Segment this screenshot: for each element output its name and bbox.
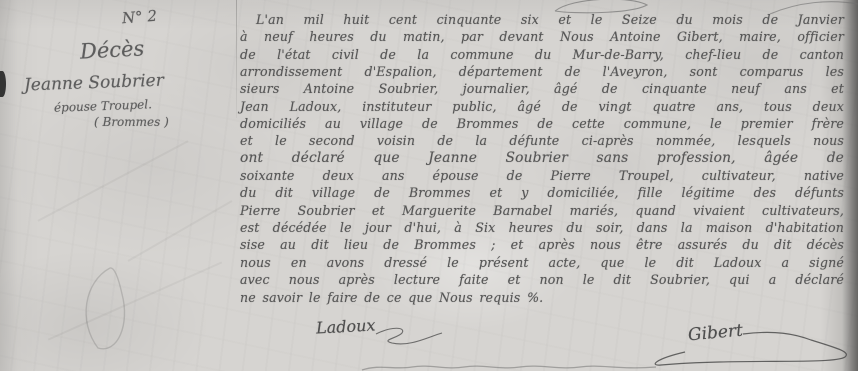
pencil-streak	[48, 261, 222, 340]
manuscript-line: sieurs Antoine Soubrier, journalier, âgé…	[240, 80, 844, 97]
spouse-note: épouse Troupel.	[54, 97, 152, 114]
manuscript-line: Pierre Soubrier et Marguerite Barnabel m…	[240, 202, 844, 219]
signature-gibert: Gibert	[687, 321, 743, 346]
ladoux-signature-flourish	[372, 322, 444, 348]
manuscript-line: nous en avons dressé le présent acte, qu…	[240, 254, 844, 271]
act-number: N° 2	[121, 7, 157, 27]
pencil-streak	[128, 200, 233, 262]
cutoff-next-act-line	[360, 363, 660, 371]
manuscript-line: Jean Ladoux, instituteur public, âgé de …	[240, 98, 844, 115]
signature-ladoux: Ladoux	[316, 315, 376, 337]
manuscript-line: domiciliés au village de Brommes de cett…	[240, 115, 844, 132]
scan-edge-ink-blot	[0, 71, 6, 97]
manuscript-line: à neuf heures du matin, par devant Nous …	[240, 28, 844, 45]
pencil-streak	[37, 140, 188, 222]
act-type-label: Décès	[79, 36, 144, 63]
manuscript-line: avec nous après lecture faite et non le …	[240, 271, 844, 288]
act-body-text: L'an mil huit cent cinquante six et le S…	[240, 11, 844, 306]
manuscript-line: ne savoir le faire de ce que Nous requis…	[240, 289, 844, 306]
manuscript-line: L'an mil huit cent cinquante six et le S…	[240, 11, 844, 28]
manuscript-line: et le second voisin de la défunte ci-apr…	[240, 132, 844, 149]
manuscript-line: sise au dit lieu de Brommes ; et après n…	[240, 236, 844, 253]
manuscript-line: arrondissement d'Espalion, département d…	[240, 63, 844, 80]
manuscript-line: ont déclaré que Jeanne Soubrier sans pro…	[240, 150, 844, 167]
scanned-death-record-page: N° 2 Décès Jeanne Soubrier épouse Troupe…	[0, 0, 858, 371]
manuscript-line: est décédée le jour d'hui, à Six heures …	[240, 219, 844, 236]
manuscript-line: du dit village de Brommes et y domicilié…	[240, 184, 844, 201]
manuscript-line: de l'état civil de la commune du Mur-de-…	[240, 46, 844, 63]
margin-rule-line	[236, 0, 237, 118]
manuscript-line: soixante deux ans épouse de Pierre Troup…	[240, 167, 844, 184]
place-note: ( Brommes )	[94, 115, 169, 129]
gibert-signature-paraph	[645, 328, 857, 370]
deceased-name-margin: Jeanne Soubrier	[24, 71, 164, 96]
